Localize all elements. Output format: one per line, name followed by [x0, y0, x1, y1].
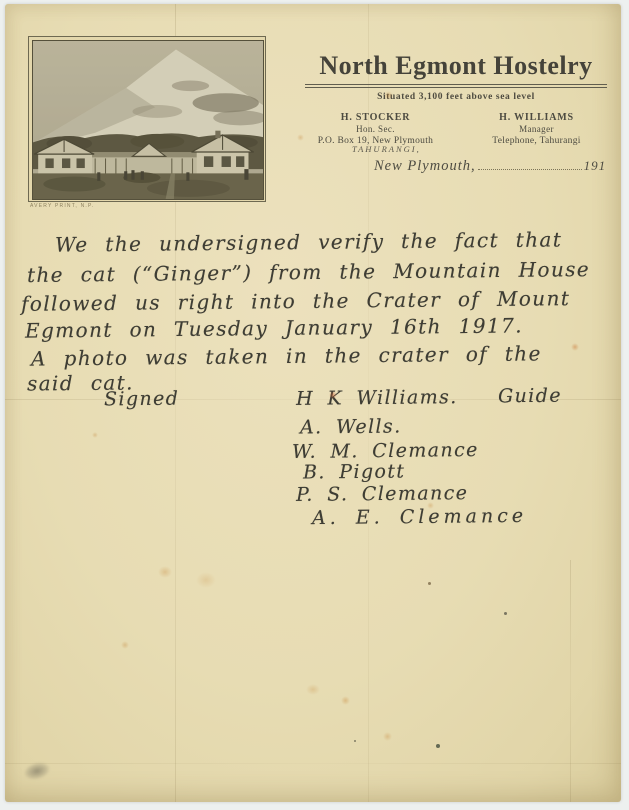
scanned-letter: AVERY PRINT, N.P. North Egmont Hostelry …	[0, 0, 629, 810]
secretary-contact: H. STOCKER Hon. Sec. P.O. Box 19, New Pl…	[295, 111, 456, 148]
signature-suffix: Guide	[498, 385, 562, 408]
dateline-place: New Plymouth,	[374, 158, 476, 174]
manager-contact: H. WILLIAMS Manager Telephone, Tahurangi	[456, 111, 617, 148]
signature: P. S. Clemance	[296, 482, 469, 506]
dateline-rule	[478, 156, 582, 170]
dateline: New Plymouth,191	[374, 156, 606, 175]
manager-name: H. WILLIAMS	[456, 111, 617, 124]
signature: A. E. Clemance	[312, 505, 527, 529]
letterhead-masthead: North Egmont Hostelry Situated 3,100 fee…	[295, 52, 617, 148]
manager-role: Manager	[456, 124, 617, 136]
letterhead-subtitle: Situated 3,100 feet above sea level	[295, 92, 617, 102]
signature: B. Pigott	[303, 460, 406, 483]
secretary-name: H. STOCKER	[295, 111, 456, 124]
manager-telephone: Telephone, Tahurangi	[456, 135, 617, 147]
signature: H K Williams.	[296, 386, 458, 410]
station-name: TAHURANGI,	[352, 144, 421, 154]
secretary-role: Hon. Sec.	[295, 124, 456, 136]
mountain-hostelry-photo	[32, 40, 264, 200]
signed-label: Signed	[104, 388, 180, 411]
dateline-year: 191	[584, 158, 607, 173]
signature: A. Wells.	[300, 415, 402, 438]
contact-columns: H. STOCKER Hon. Sec. P.O. Box 19, New Pl…	[295, 111, 617, 148]
printer-imprint: AVERY PRINT, N.P.	[30, 203, 95, 209]
letterhead-title: North Egmont Hostelry	[295, 52, 617, 81]
signature: W. M. Clemance	[292, 439, 479, 463]
title-rule	[305, 84, 607, 88]
hostelry-photo-frame	[28, 36, 266, 202]
